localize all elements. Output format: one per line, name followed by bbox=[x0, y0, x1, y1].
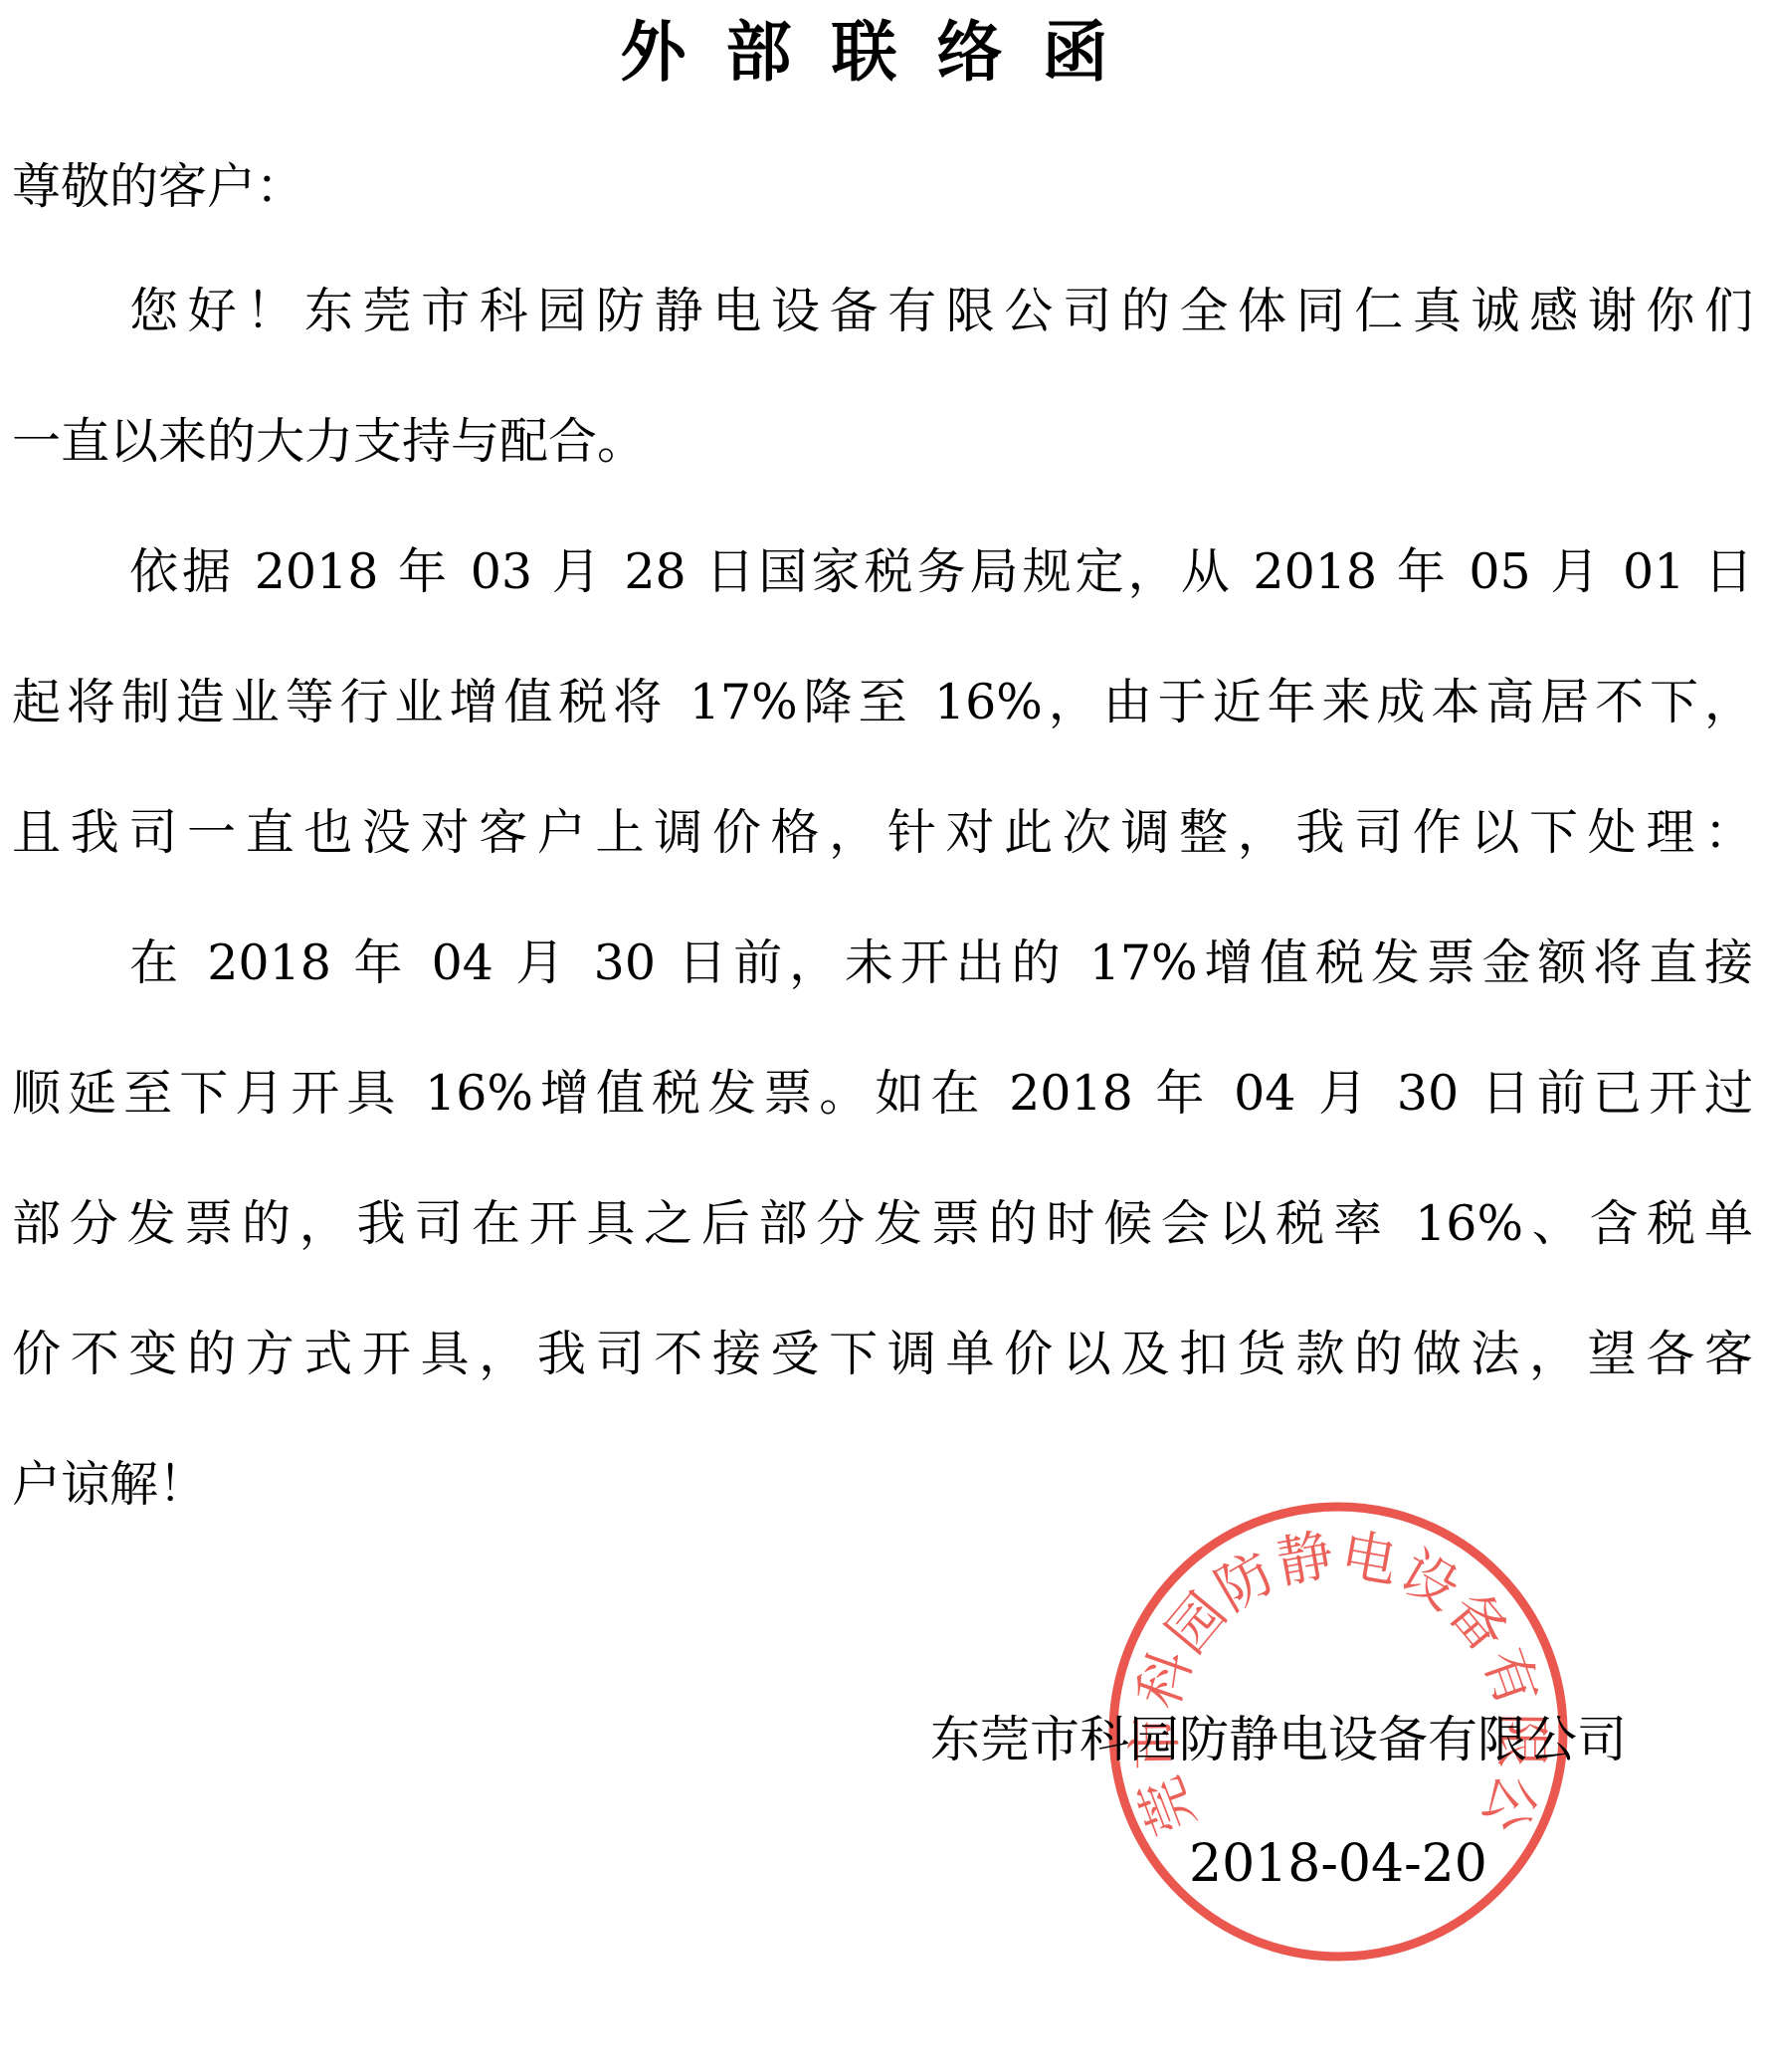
svg-text:东莞市科园防静电设备有限公司: 东莞市科园防静电设备有限公司 bbox=[1104, 1498, 1553, 1843]
paragraph-3-line-5: 户谅解！ bbox=[12, 1455, 207, 1515]
paragraph-3-line-2: 顺延至下月开具 16%增值税发票。如在 2018 年 04 月 30 日前已开过 bbox=[12, 1064, 1753, 1124]
signature-date: 2018-04-20 bbox=[1189, 1834, 1487, 1894]
seal-text: 东莞市科园防静电设备有限公司 bbox=[1104, 1498, 1553, 1843]
paragraph-3-line-3: 部分发票的，我司在开具之后部分发票的时候会以税率 16%、含税单 bbox=[12, 1194, 1753, 1254]
paragraph-1-line-2: 一直以来的大力支持与配合。 bbox=[12, 412, 646, 472]
paragraph-2-line-3: 且我司一直也没对客户上调价格，针对此次调整，我司作以下处理： bbox=[12, 803, 1753, 863]
paragraph-2-line-1: 依据 2018 年 03 月 28 日国家税务局规定，从 2018 年 05 月… bbox=[129, 542, 1753, 602]
paragraph-1-line-1: 您好！东莞市科园防静电设备有限公司的全体同仁真诚感谢你们 bbox=[129, 282, 1753, 341]
letter-title: 外部联络函 bbox=[0, 8, 1768, 98]
salutation: 尊敬的客户： bbox=[12, 157, 304, 217]
paragraph-2-line-2: 起将制造业等行业增值税将 17%降至 16%，由于近年来成本高居不下， bbox=[12, 673, 1753, 732]
paragraph-3-line-1: 在 2018 年 04 月 30 日前，未开出的 17%增值税发票金额将直接 bbox=[129, 933, 1753, 993]
paragraph-3-line-4: 价不变的方式开具，我司不接受下调单价以及扣货款的做法，望各客 bbox=[12, 1325, 1753, 1384]
signature-company: 东莞市科园防静电设备有限公司 bbox=[930, 1710, 1627, 1769]
